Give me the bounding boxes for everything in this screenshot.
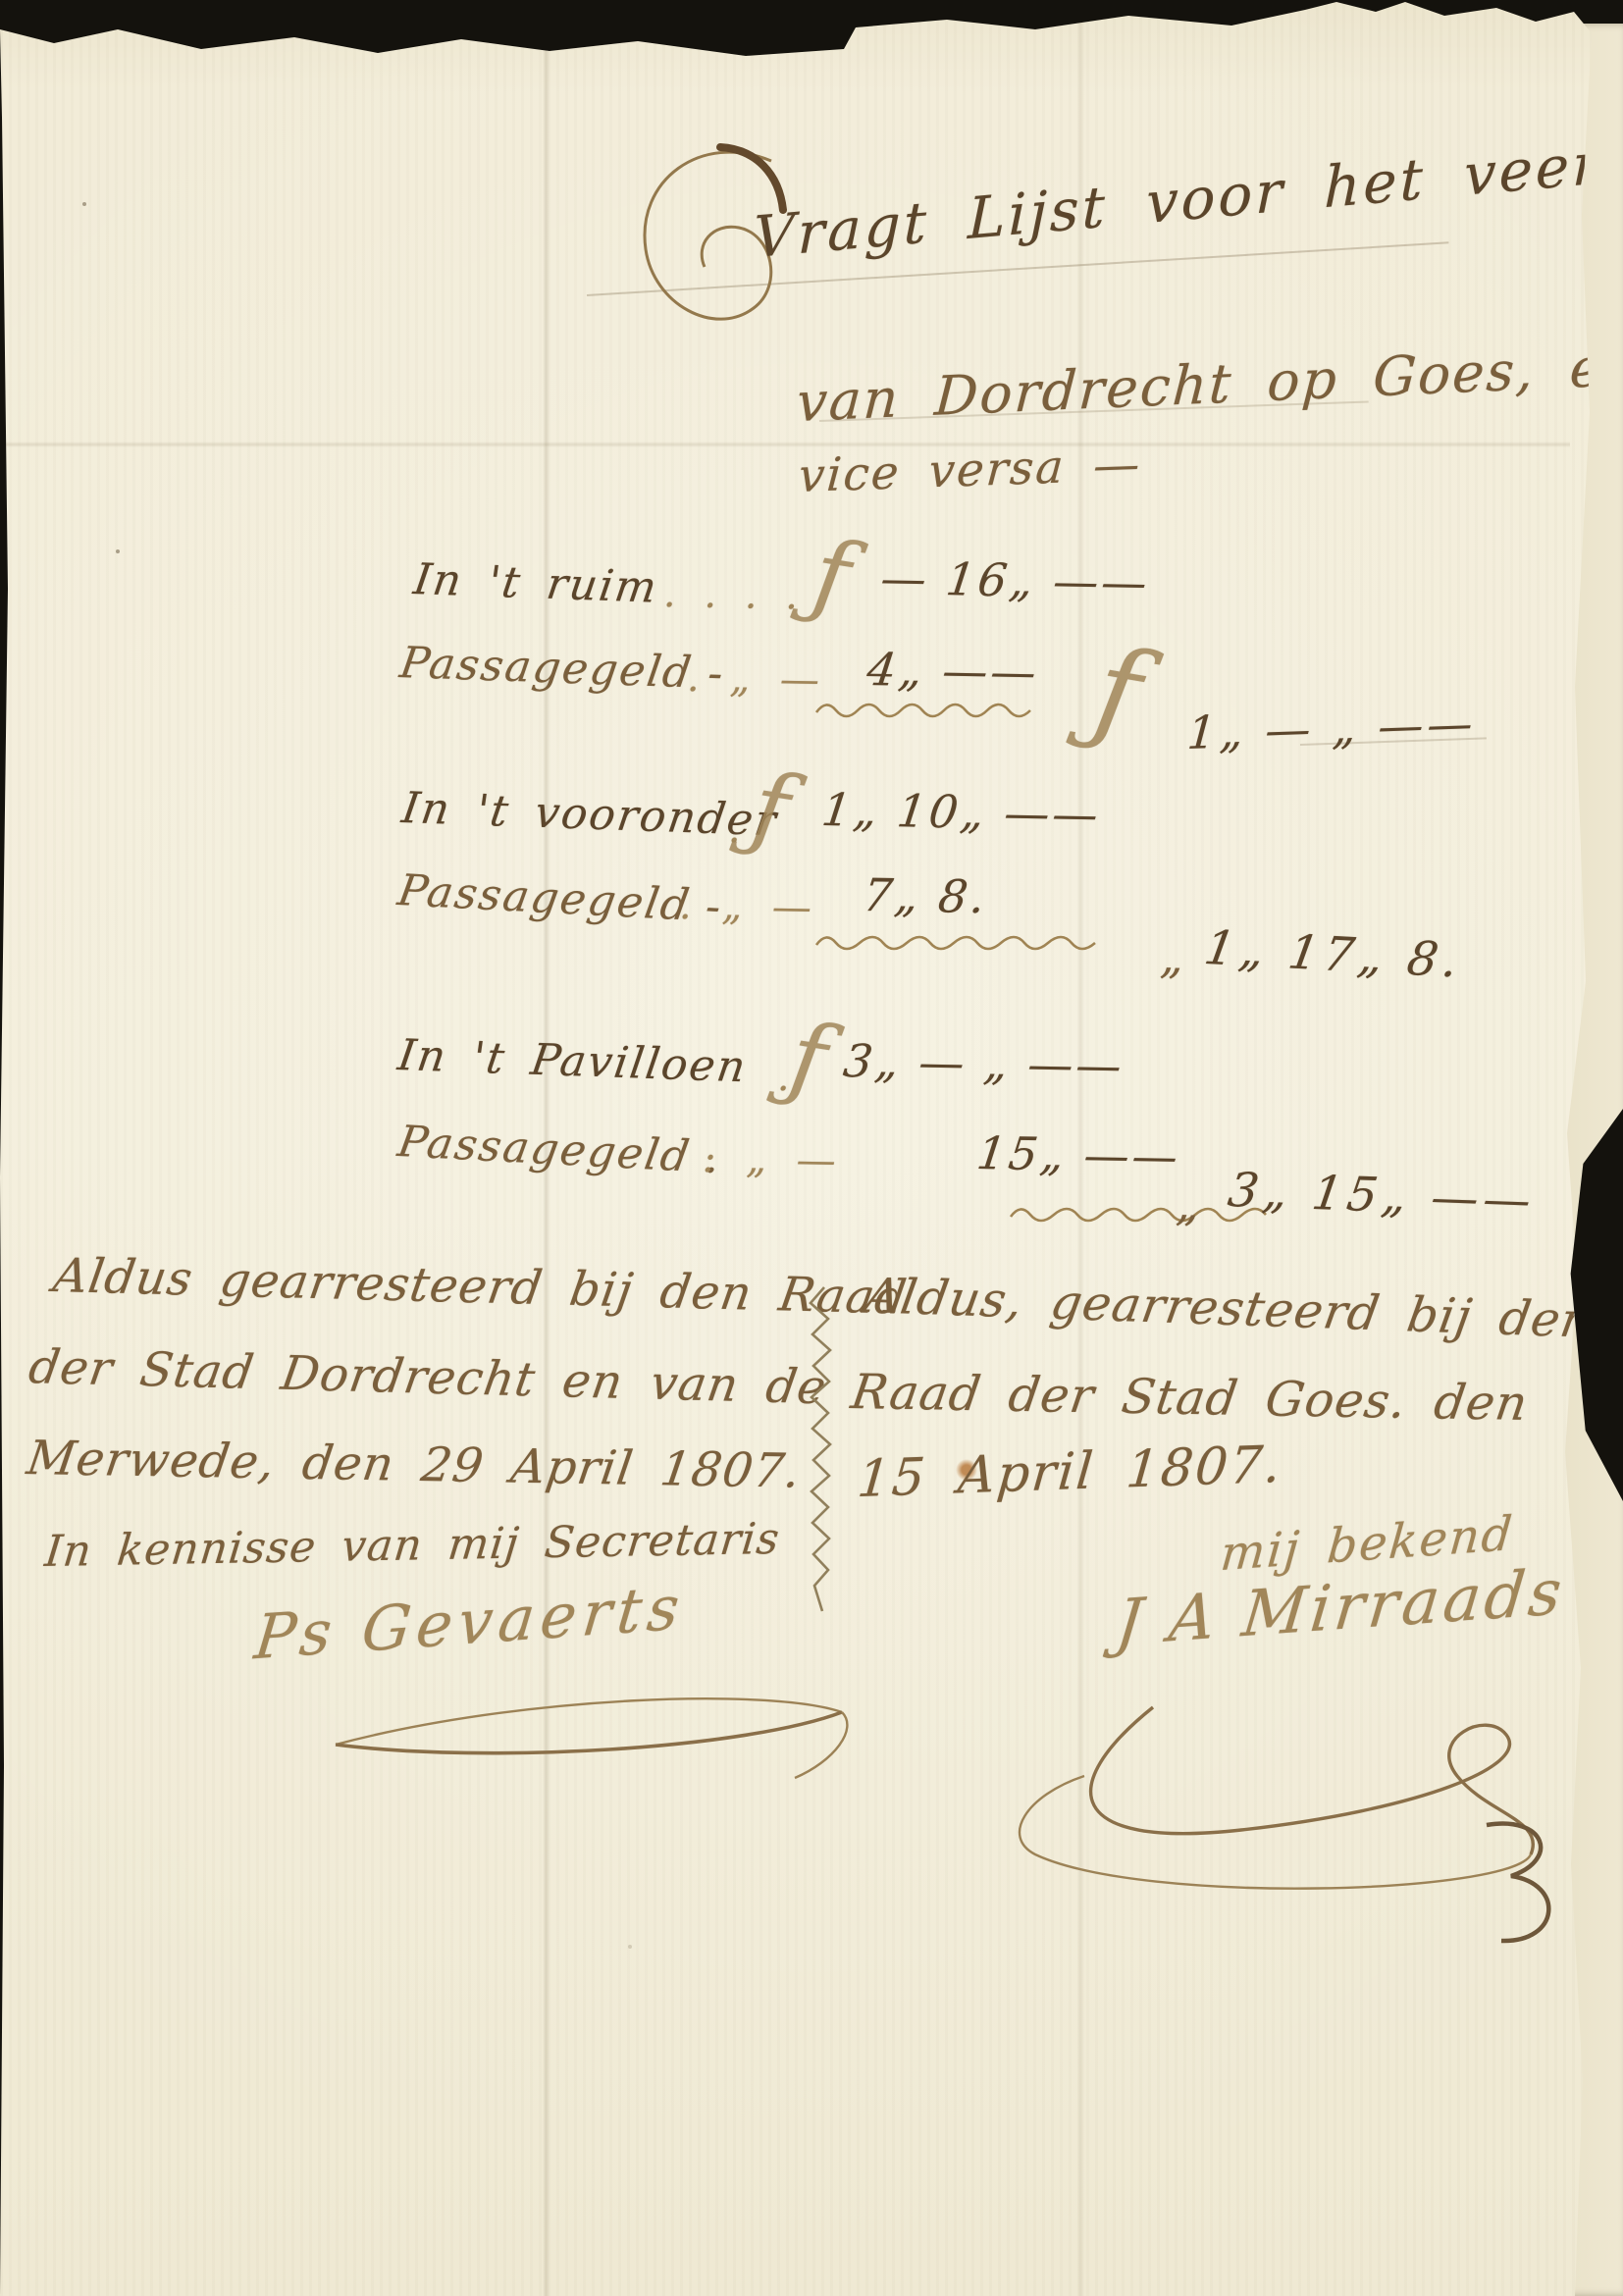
tariff-row-value: 3„ — „ —— (841, 1034, 1127, 1092)
title-line-2: van Dordrecht op Goes, en (795, 334, 1623, 434)
signature-dordrecht-secretary: Ps Gevaerts (251, 1571, 689, 1673)
tariff-row-leader: . . . . (663, 571, 807, 619)
subtotal-value: 1„ — „ —— (1185, 697, 1478, 759)
subtotal-value: 3„ 15„ —— (1225, 1163, 1540, 1228)
tariff-row-leader: . „ — (679, 883, 821, 931)
tariff-row-label: Passagegeld . (394, 1117, 725, 1183)
paper-sheet: Vragt Lijst voor het veer van Dordrecht … (0, 0, 1623, 2296)
title-line-1: Vragt Lijst voor het veer (753, 130, 1602, 271)
attestation-left-line-2: der Stad Dordrecht en van de (26, 1339, 831, 1415)
subtotal-currency-mark: „ (1175, 1177, 1200, 1231)
tariff-row-leader: : „ — (703, 1136, 845, 1184)
attestation-right-line-2: Raad der Stad Goes. den (848, 1364, 1532, 1432)
fold-crease-horizontal (0, 442, 1570, 447)
signature-flourish (324, 1668, 859, 1791)
tariff-row-label: In 't ruim (410, 554, 661, 612)
tariff-row-leader: . „ — (687, 655, 829, 704)
florin-sign: ƒ (806, 519, 858, 633)
signature-flourish (996, 1648, 1590, 1962)
tariff-row-value: 7„ 8. (861, 868, 991, 923)
tariff-row-value: — 16„ —— (878, 551, 1153, 609)
florin-sign: ƒ (745, 752, 797, 865)
signature-goes-secretary: J A Mirraads (1113, 1556, 1569, 1661)
tariff-row-value: 4„ —— (864, 643, 1042, 699)
zigzag-separator (801, 1287, 844, 1611)
attestation-left-line-3: Merwede, den 29 April 1807. (24, 1431, 805, 1499)
attestation-right-line-1: Aldus, gearresteerd bij den (862, 1268, 1597, 1349)
florin-sign: ƒ (1085, 621, 1151, 761)
tariff-row-label: In 't vooronder (398, 783, 780, 846)
tariff-row-label: Passagegeld - (394, 865, 726, 932)
subtotal-value: 1„ 17„ 8. (1201, 920, 1467, 988)
attestation-left-line-1: Aldus gearresteerd bij den Raad (50, 1248, 911, 1326)
attestation-left-line-4: In kennisse van mij Secretaris (42, 1514, 782, 1577)
squiggle-underline (812, 927, 1117, 959)
tariff-row-value: 15„ —— (974, 1126, 1184, 1183)
florin-sign: ƒ (782, 1002, 834, 1116)
tariff-row-label: In 't Pavilloen (394, 1030, 750, 1092)
scanned-document: Vragt Lijst voor het veer van Dordrecht … (0, 0, 1623, 2296)
title-line-3: vice versa — (797, 438, 1143, 503)
tariff-row-leader: . (728, 807, 742, 852)
subtotal-currency-mark: „ (1159, 930, 1184, 984)
squiggle-underline (812, 695, 1058, 726)
tariff-row-label: Passagegeld - (396, 638, 728, 699)
tariff-row-value: 1„ 10„ —— (819, 783, 1104, 841)
attestation-right-line-3: 15 April 1807. (855, 1435, 1284, 1509)
